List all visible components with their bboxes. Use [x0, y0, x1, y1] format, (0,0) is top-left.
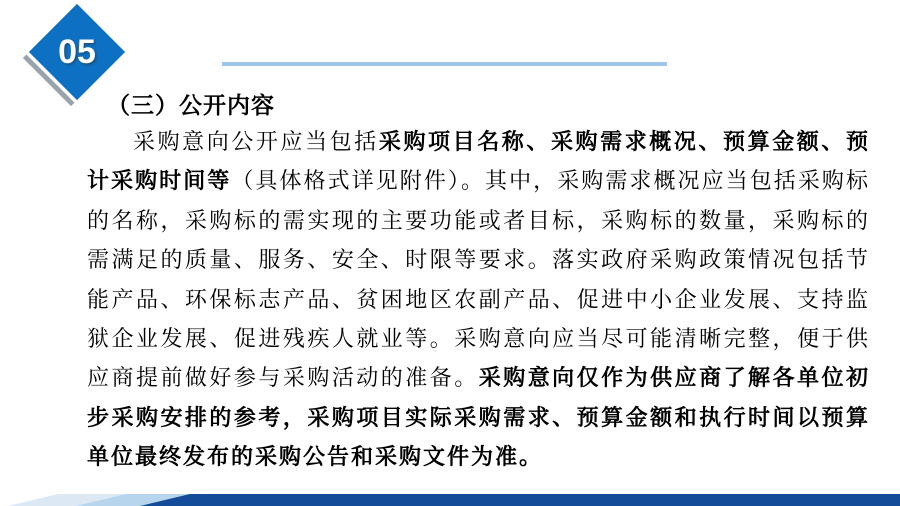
header-divider-line [222, 62, 667, 66]
body-text-run-regular: （具体格式详见附件）。其中，采购需求概况应当包括采购标的名称，采购标的需实现的主… [87, 168, 870, 390]
body-text-run-regular: 采购意向公开应当包括 [133, 129, 379, 154]
slide-title: （三）公开内容 [107, 87, 275, 120]
body-paragraph: 采购意向公开应当包括采购项目名称、采购需求概况、预算金额、预计采购时间等（具体格… [87, 122, 870, 477]
presentation-slide: 05 （三）公开内容 采购意向公开应当包括采购项目名称、采购需求概况、预算金额、… [0, 0, 900, 506]
section-number: 05 [43, 18, 111, 86]
footer-decoration [0, 492, 900, 506]
